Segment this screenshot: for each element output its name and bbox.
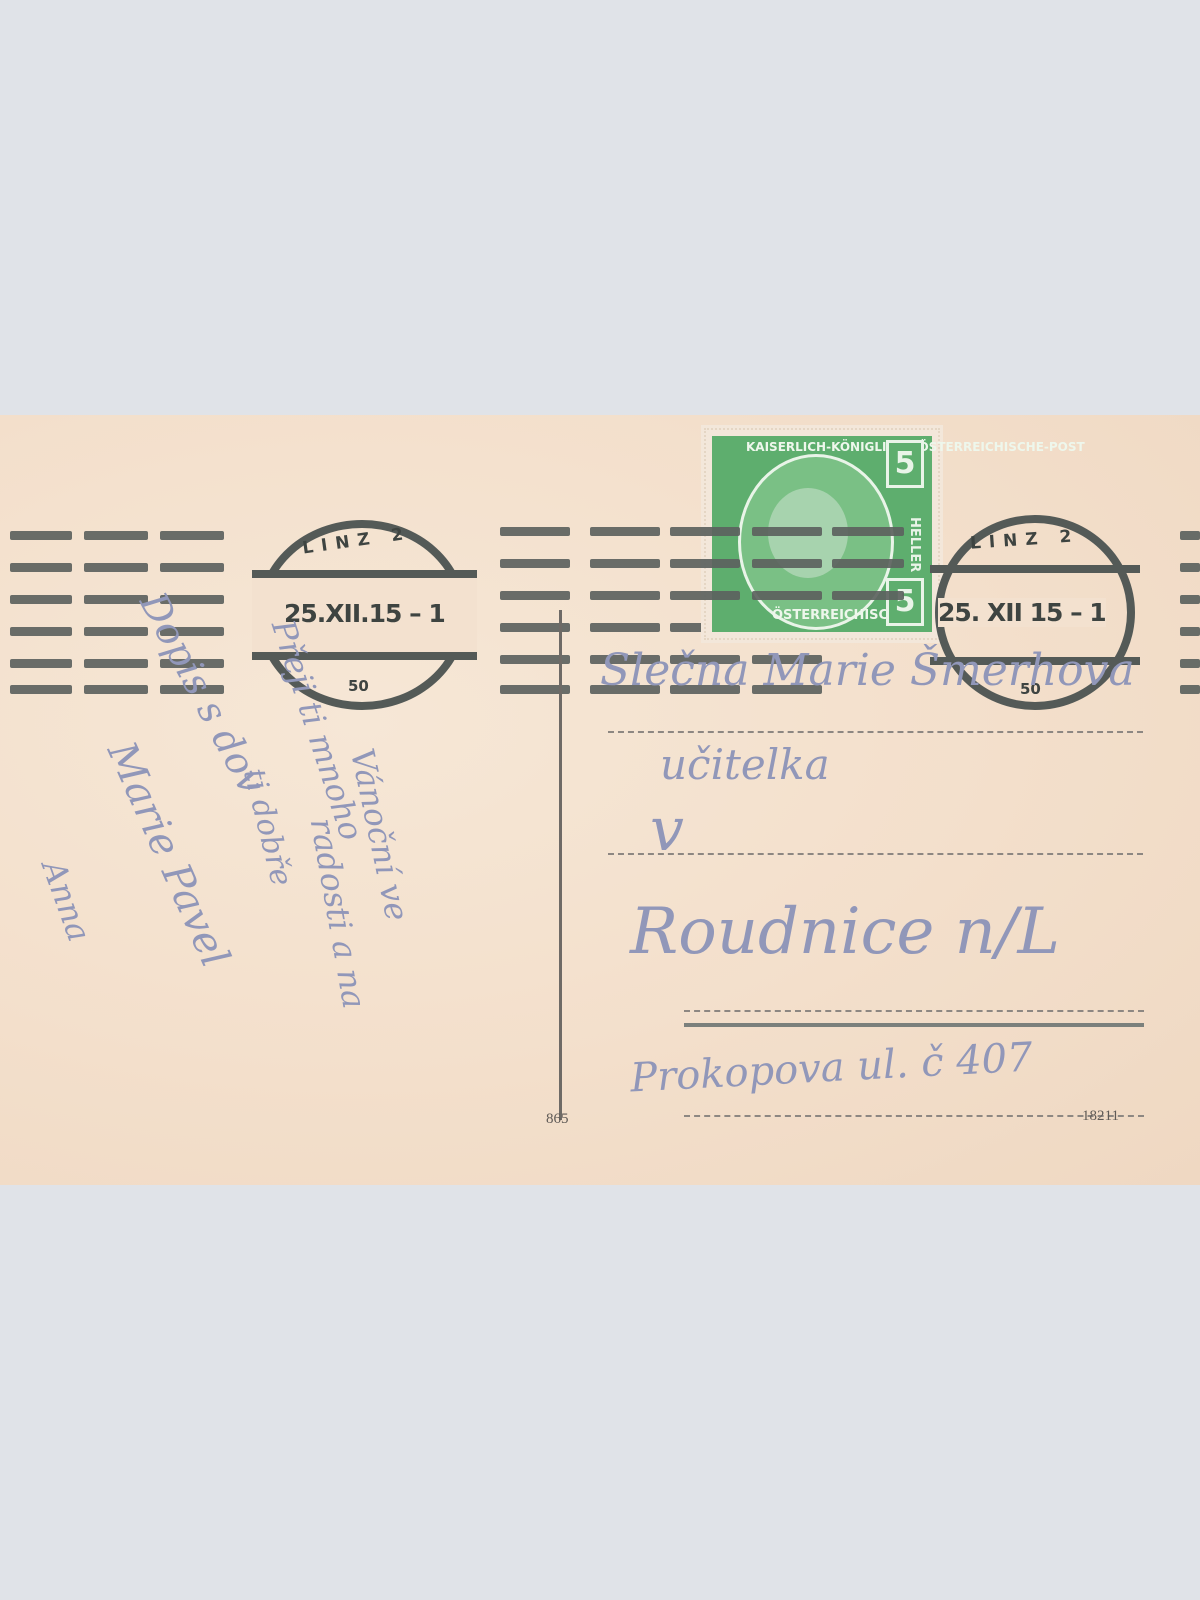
address-preposition: v — [650, 795, 684, 865]
postmark-number: 50 — [348, 677, 369, 695]
stamp-value-top: 5 — [886, 440, 924, 488]
postmark-date: 25.XII.15 – 1 — [284, 599, 445, 628]
printed-number-left: 865 — [546, 1111, 569, 1128]
address-line-1 — [608, 731, 1143, 733]
printed-number-right: 18211 — [1082, 1108, 1119, 1125]
postmark-date: 25. XII 15 – 1 — [938, 598, 1106, 627]
address-street: Prokopova ul. č 407 — [629, 1034, 1034, 1101]
address-recipient: Slečna Marie Šmerhova — [600, 645, 1135, 696]
message-line-5: ti dobře — [236, 765, 299, 890]
postcard: KAISERLICH-KÖNIGLICHE-ÖSTERREICHISCHE-PO… — [0, 415, 1200, 1185]
center-divider — [559, 610, 562, 1120]
address-title: učitelka — [660, 740, 830, 789]
message-signature: Marie Pavel — [98, 735, 238, 974]
address-city: Roudnice n/L — [630, 895, 1060, 969]
address-line-2 — [608, 853, 1143, 855]
address-line-3 — [684, 1010, 1144, 1012]
address-line-4 — [684, 1115, 1144, 1117]
message-signature-2: Anna — [34, 855, 98, 946]
address-underline — [684, 1023, 1144, 1027]
stamp-denomination: HELLER — [894, 510, 922, 580]
stamp-value-bottom: 5 — [886, 578, 924, 626]
